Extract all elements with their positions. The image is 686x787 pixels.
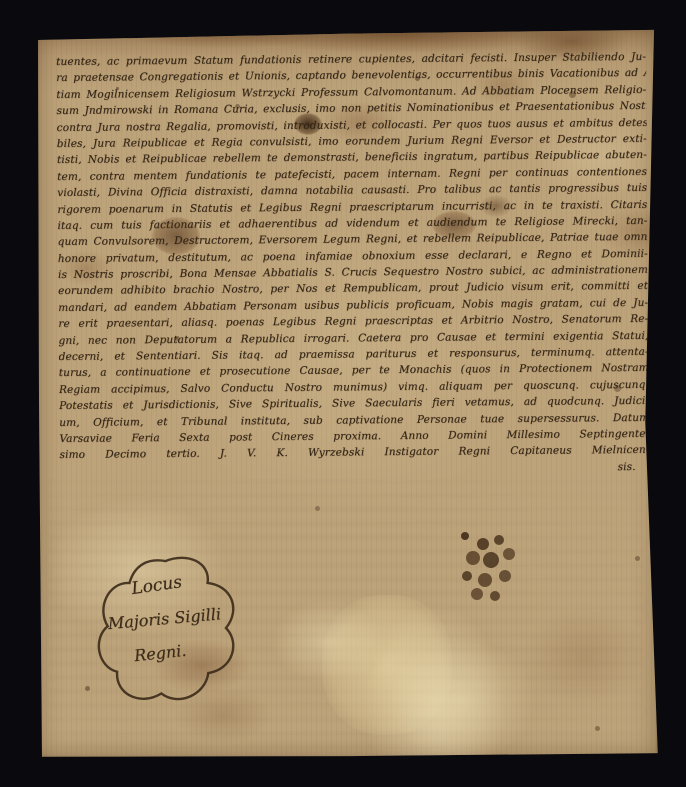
seal-line-2: Majoris Sigilli [95,603,234,634]
photo-background: tuentes, ac primaevum Statum fundationis… [0,0,686,787]
seal-line-3: Regni. [104,638,215,668]
seal-inscription: Locus Majoris Sigilli Regni. [90,547,248,713]
seal-line-1: Locus [99,568,215,604]
ink-blot-cluster [461,532,469,540]
water-stain [322,595,452,735]
great-seal-mark: Locus Majoris Sigilli Regni. [90,547,248,713]
water-stain [392,643,532,759]
manuscript-text-block: tuentes, ac primaevum Statum fundationis… [56,49,650,480]
manuscript-page: tuentes, ac primaevum Statum fundationis… [36,27,659,759]
